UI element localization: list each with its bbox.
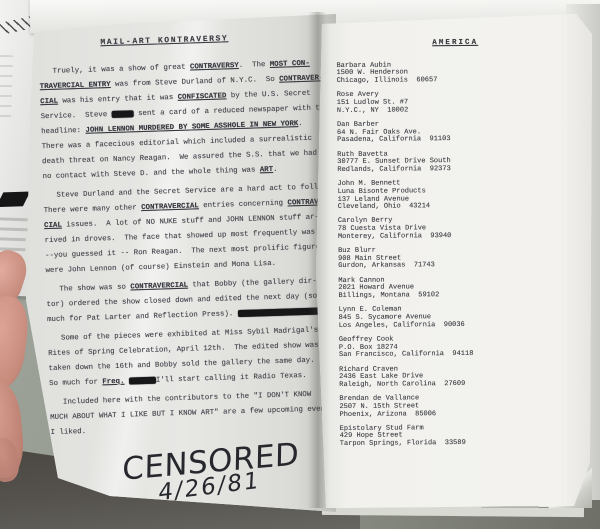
address-entry: Mark Cannon2021 Howard AvenueBillings, M… (338, 276, 578, 301)
emphasized-text: CONTRAVERCIAL (141, 202, 199, 212)
emphasized-text: Freq. (102, 378, 124, 387)
address-entry: John M. BennettLuna Bisonte Products137 … (337, 179, 577, 212)
emphasized-text: CONFISCATED (178, 92, 227, 102)
paragraph: The show was so CONTRAVERCIAL that Bobby… (46, 274, 335, 328)
address-line: N.Y.C., NY 10002 (337, 106, 577, 116)
right-page-text: AMERICA Barbara Aubin1500 W. HendersonCh… (336, 29, 580, 455)
emphasized-text: ART (260, 166, 274, 174)
address-line: Gurdon, Arkansas 71743 (338, 261, 578, 271)
redaction-bar (112, 110, 134, 118)
emphasized-text: CIAL (44, 222, 62, 231)
address-entry: Epistolary Stud Farm429 Hope StreetTarpo… (340, 424, 580, 449)
address-entry: Carolyn Berry78 Cuesta Vista DriveMonter… (338, 216, 578, 241)
plain-text: Service. Steve (41, 111, 112, 121)
address-line: San Francisco, California 94118 (339, 350, 579, 360)
plain-text: So much for (49, 378, 102, 388)
address-line: Tarpon Springs, Florida 33589 (340, 439, 580, 449)
address-entry: Ruth Bavetta30777 E. Sunset Drive SouthR… (337, 149, 577, 174)
address-line: Monterey, California 93940 (338, 232, 578, 242)
plain-text: I liked. (51, 428, 87, 437)
emphasized-text: CIAL (40, 98, 58, 107)
left-page-text: MAIL-ART KONTRAVERSY Truely, it was a sh… (38, 22, 339, 445)
address-entry: Buz Blurr908 Main StreetGurdon, Arkansas… (338, 246, 578, 271)
paragraph: Included here with the contributors to t… (49, 387, 338, 441)
emphasized-text: CONTRAVERCIAL (130, 282, 188, 292)
paragraph: Steve Durland and the Secret Service are… (43, 180, 334, 279)
plain-text: There were many other (44, 204, 142, 215)
address-line: Billings, Montana 59102 (338, 291, 578, 301)
ink-mark (0, 191, 30, 207)
ghost-text-line (0, 237, 26, 241)
plain-text: Truely, it was a show of great (39, 64, 190, 77)
plain-text: was his entry that it was (58, 94, 178, 106)
address-entry: Geoffrey CookP.O. Box 18274San Francisco… (339, 335, 579, 360)
left-page: MAIL-ART KONTRAVERSY Truely, it was a sh… (0, 0, 336, 529)
left-page-title: MAIL-ART KONTRAVERSY (100, 28, 326, 50)
address-entry: Brendan de Vallance2507 N. 15th StreetPh… (339, 394, 579, 419)
address-line: Phoenix, Arizona 85006 (339, 409, 579, 419)
ghost-text-line (0, 227, 29, 231)
emphasized-text: TRAVERCIAL ENTRY (40, 81, 111, 91)
plain-text: . The (239, 61, 270, 70)
finger (0, 294, 31, 391)
plain-text: was from Steve Durland of N.Y.C. So (111, 76, 280, 89)
plain-text: much for Pat Larter and Reflection Press… (47, 310, 238, 324)
redaction-bar (129, 376, 156, 384)
paragraph: Truely, it was a show of great CONTRAVER… (39, 56, 331, 185)
essay-body: Truely, it was a show of great CONTRAVER… (39, 56, 339, 441)
plain-text: I'll start calling it Radio Texas. (156, 372, 307, 385)
address-entry: Dan Barber64 N. Fair Oaks Ave.Pasadena, … (337, 120, 577, 145)
sketch-lines (0, 55, 13, 126)
address-entry: Barbara Aubin1500 W. HendersonChicago, I… (336, 61, 576, 86)
address-entry: Richard Craven2436 East Lake DriveRaleig… (339, 364, 579, 389)
plain-text: . (298, 120, 303, 128)
address-line: Chicago, Illinois 60657 (337, 76, 577, 86)
address-entry: Lynn E. Coleman845 S. Sycamore AvenueLos… (339, 305, 579, 330)
address-line: Cleveland, Ohio 43214 (338, 202, 578, 212)
right-page-title: AMERICA (432, 39, 576, 48)
plain-text: by the U.S. Secret (226, 90, 310, 101)
plain-text: The show was so (46, 283, 130, 294)
plain-text: . (273, 166, 278, 174)
paragraph: Some of the pieces were exhibited at Mis… (47, 323, 337, 392)
address-line: Los Angeles, California 90036 (339, 321, 579, 331)
plain-text: entries concerning (199, 200, 288, 211)
ghost-text-line (0, 217, 29, 221)
emphasized-text: CONTRAVERSY (190, 62, 239, 72)
address-line: Redlands, California 92373 (337, 165, 577, 175)
plain-text: were John Lennon (of course) Einstein an… (45, 260, 276, 275)
plain-text: headline: (41, 127, 86, 136)
address-line: Raleigh, North Carolina 27609 (339, 380, 579, 390)
right-page: AMERICA Barbara Aubin1500 W. HendersonCh… (316, 10, 592, 510)
address-list: Barbara Aubin1500 W. HendersonChicago, I… (336, 61, 579, 449)
address-entry: Rose Avery151 Ludlow St. #7N.Y.C., NY 10… (337, 90, 577, 115)
address-line: Pasadena, California 91103 (337, 135, 577, 145)
plain-text: that Bobby (the gallery dir- (188, 278, 317, 290)
plain-text: no contact with Steve D. and the whole t… (42, 166, 259, 181)
booklet-photo: MAIL-ART KONTRAVERSY Truely, it was a sh… (0, 0, 600, 529)
emphasized-text: MOST CON- (270, 60, 310, 69)
